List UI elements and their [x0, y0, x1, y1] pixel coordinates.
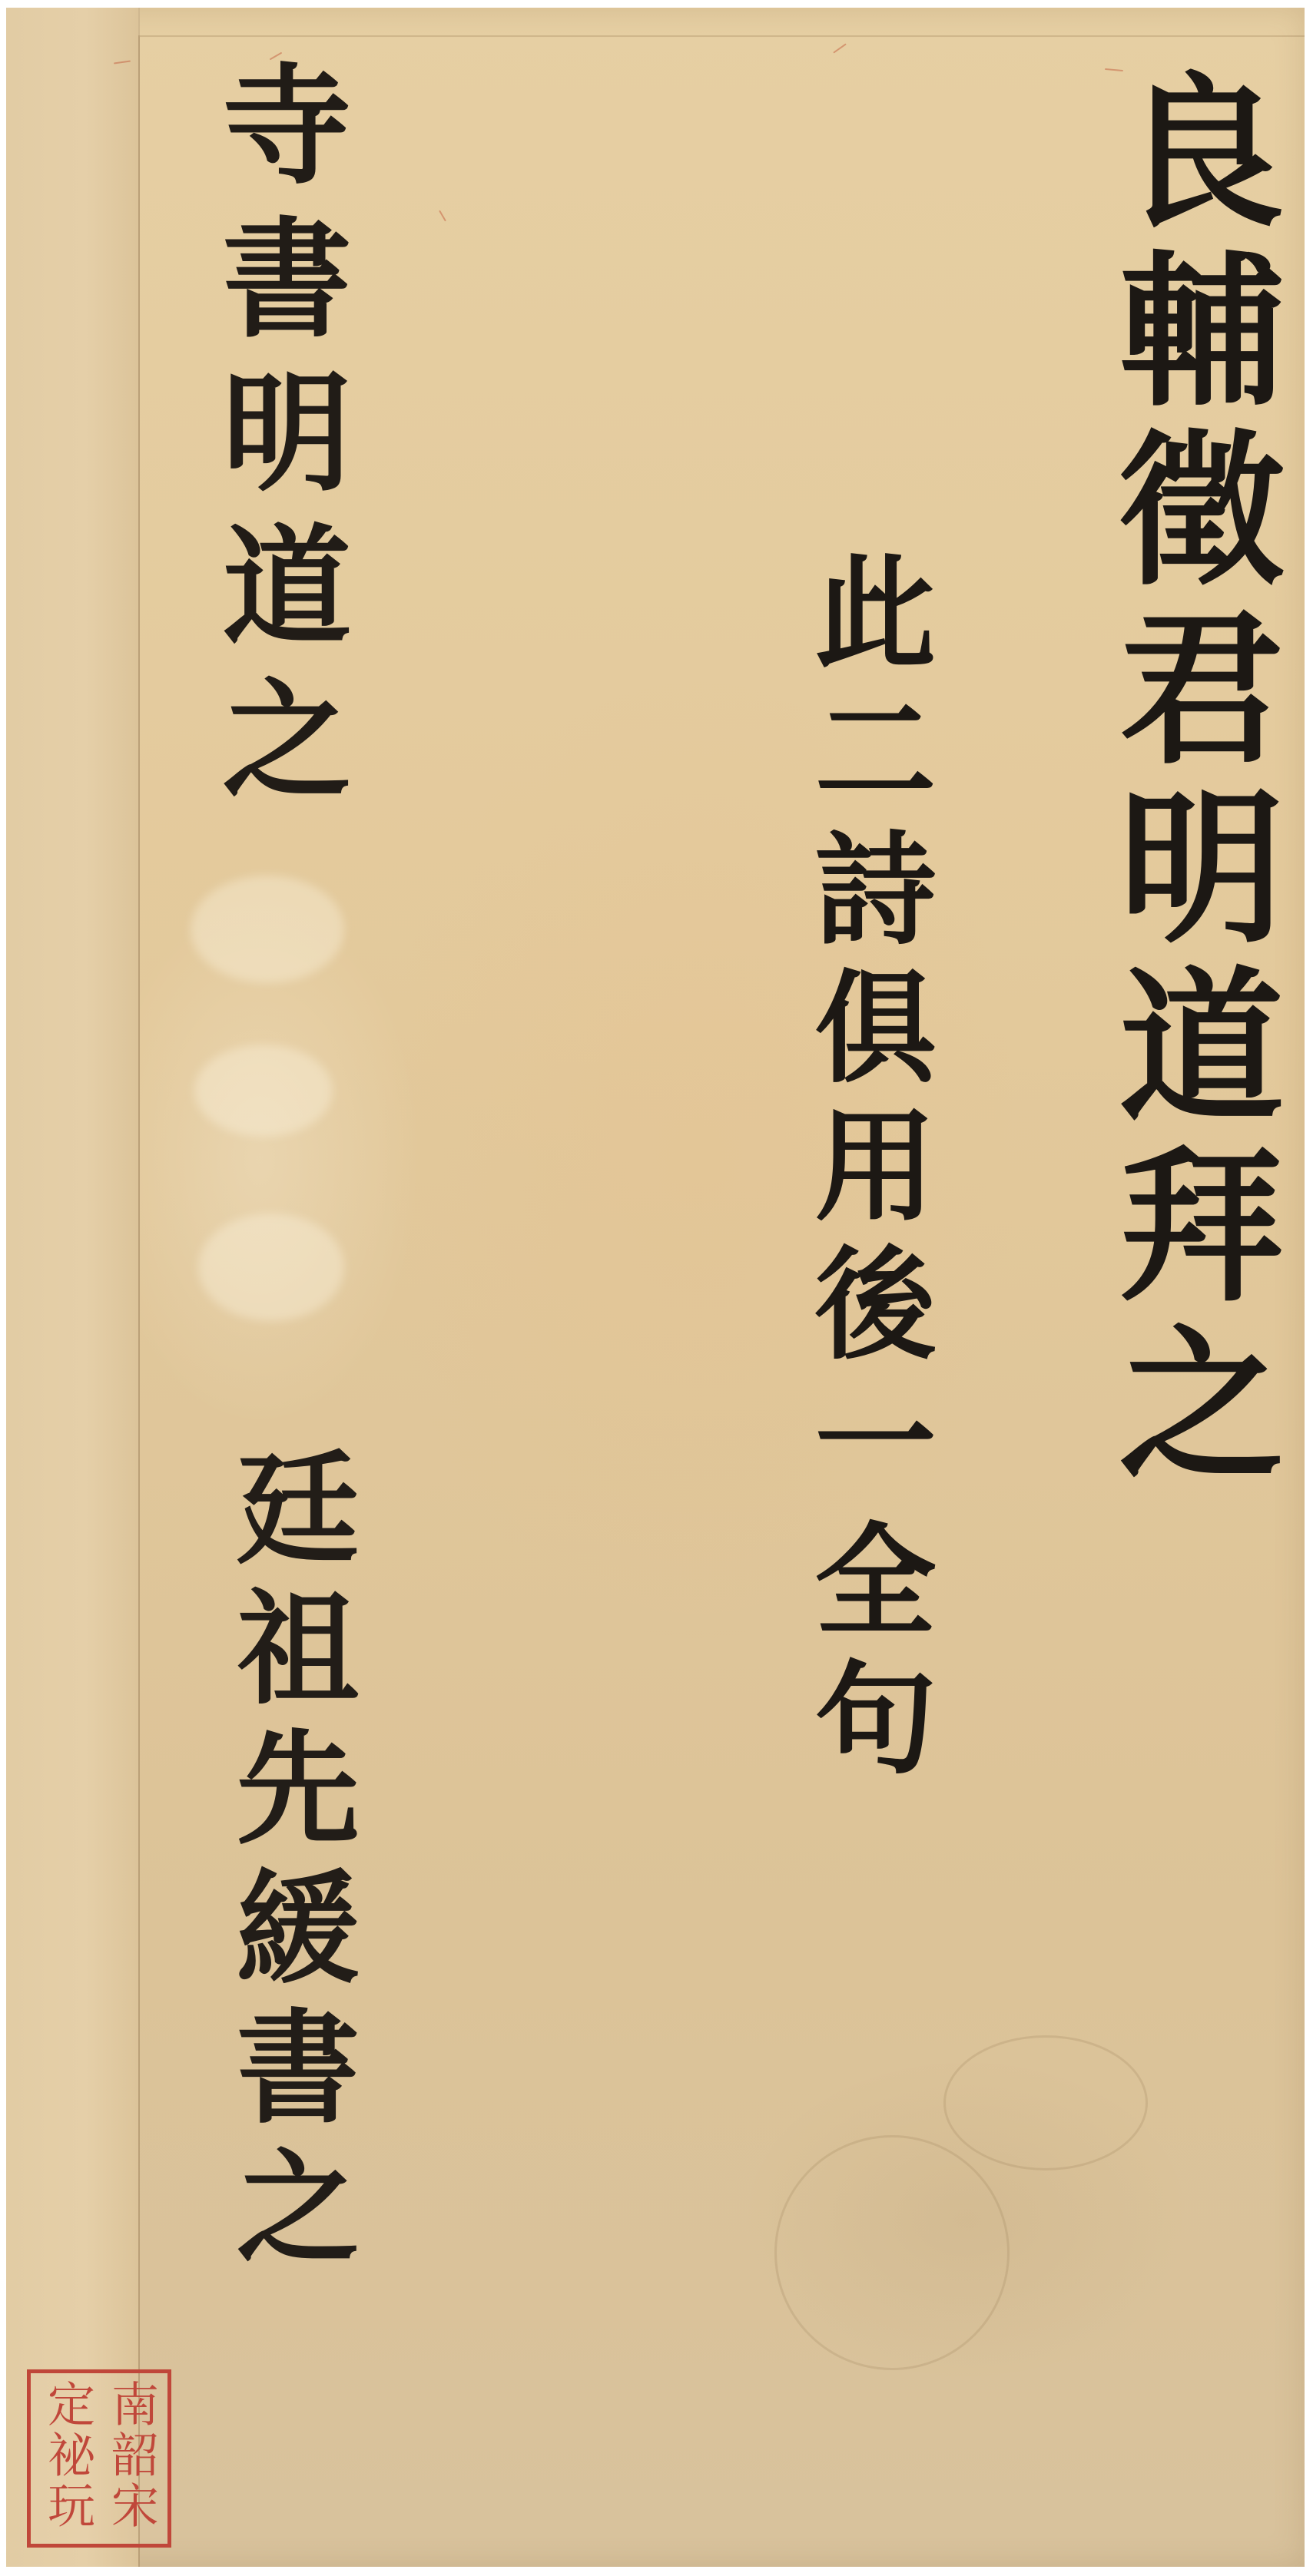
water-stain [194, 1045, 333, 1137]
ring-stain [774, 2135, 1010, 2370]
ring-stain [943, 2035, 1148, 2170]
left-mounting-strip [6, 8, 140, 2567]
seal-column-left: 定祕玩 [44, 2379, 91, 2538]
calligraphy-column-middle: 此二詩俱用後一全句 [757, 549, 926, 1793]
calligraphy-column-left-upper: 寺書明道之 [173, 58, 342, 826]
water-stain [191, 876, 344, 983]
calligraphy-column-right: 良輔徵君明道拜之 [1072, 65, 1272, 1497]
seal-column-right: 南韶宋 [108, 2379, 155, 2538]
calligraphy-column-left-lower: 廷祖先緩書之 [181, 1444, 350, 2283]
water-stain [198, 1214, 344, 1321]
collector-seal: 南韶宋 定祕玩 [27, 2369, 171, 2548]
